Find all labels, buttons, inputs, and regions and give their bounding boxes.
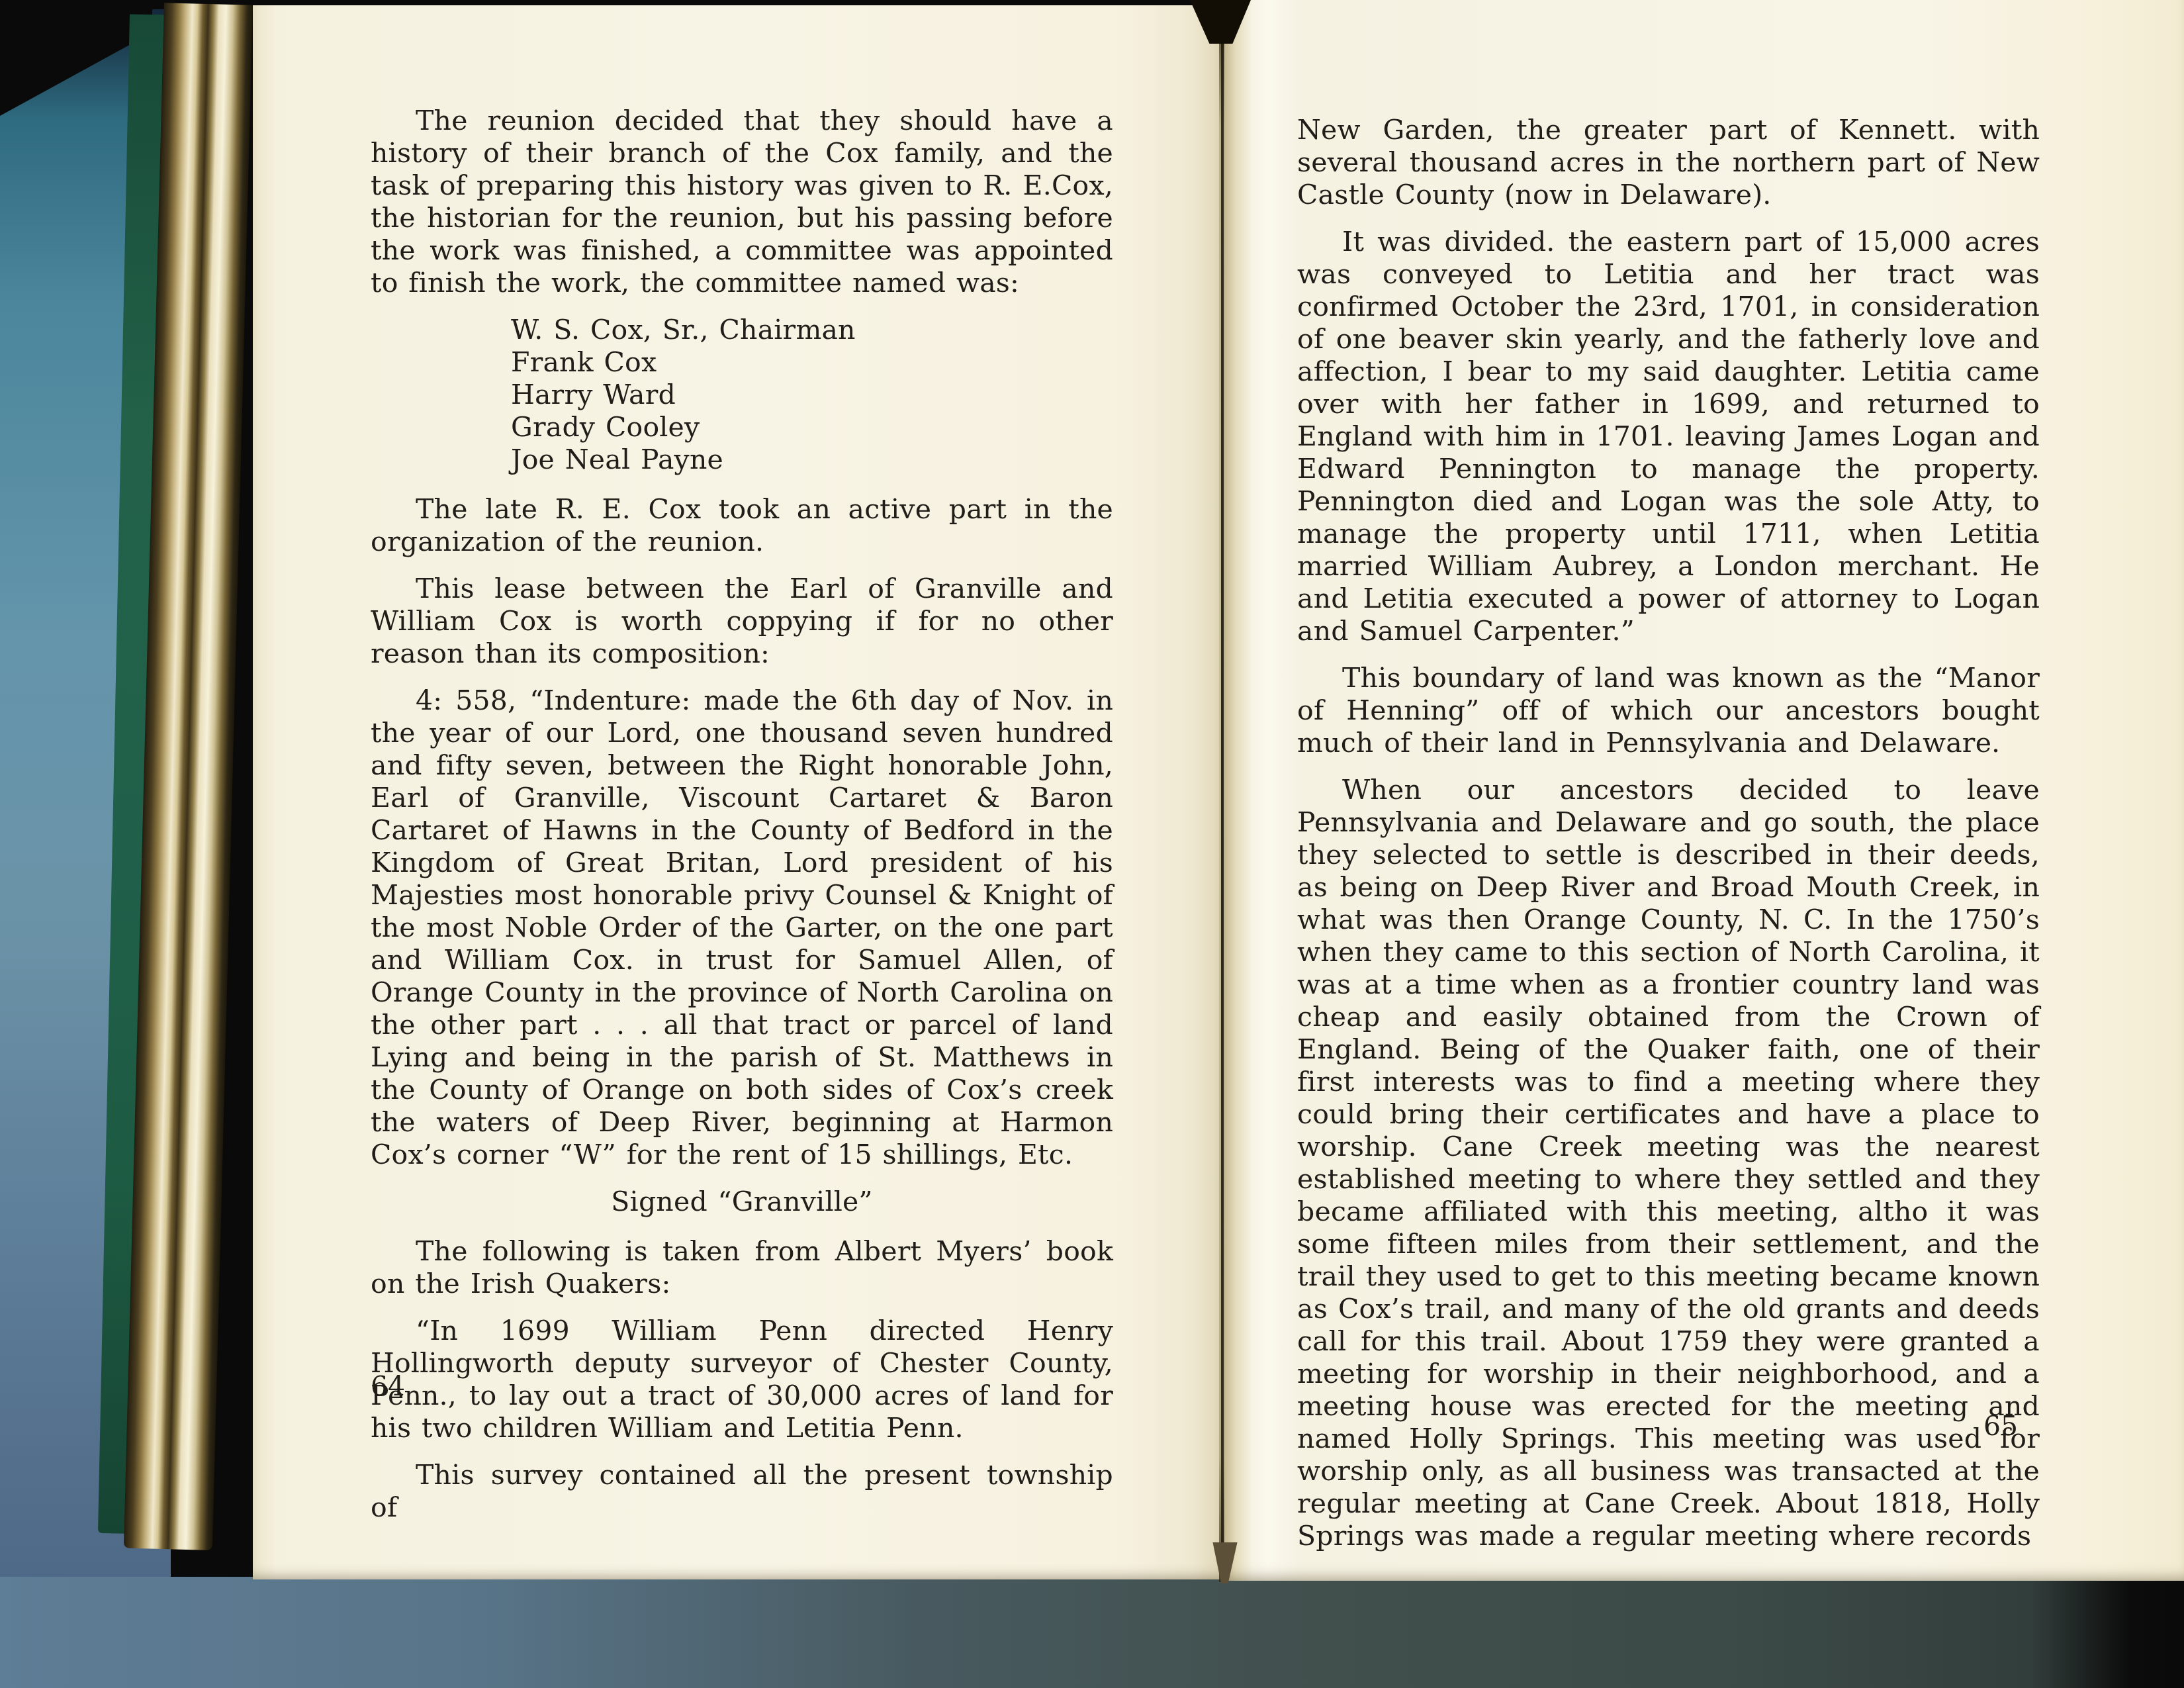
scanned-book-photo: { "photo": { "description": "Open hardco… — [0, 0, 2184, 1688]
right-page-text: New Garden, the greater part of Kennett.… — [1297, 114, 2040, 1567]
gutter-crease-shadow — [1219, 0, 1224, 1582]
page-number-right: 65 — [1983, 1410, 2018, 1442]
paragraph-new-garden: New Garden, the greater part of Kennett.… — [1297, 114, 2040, 211]
backdrop-bottom-shadow — [0, 1577, 2184, 1688]
left-page-text: The reunion decided that they should hav… — [371, 105, 1113, 1538]
committee-member: W. S. Cox, Sr., Chairman — [511, 314, 1113, 346]
paragraph-late-cox: The late R. E. Cox took an active part i… — [371, 493, 1113, 558]
paragraph-penn: “In 1699 William Penn directed Henry Hol… — [371, 1315, 1113, 1444]
paragraph-divided: It was divided. the eastern part of 15,0… — [1297, 226, 2040, 647]
right-page: New Garden, the greater part of Kennett.… — [1224, 0, 2184, 1581]
committee-list: W. S. Cox, Sr., Chairman Frank Cox Harry… — [371, 314, 1113, 476]
committee-member: Harry Ward — [511, 379, 1113, 411]
committee-member: Grady Cooley — [511, 411, 1113, 444]
left-page: The reunion decided that they should hav… — [253, 5, 1221, 1579]
paragraph-lease: This lease between the Earl of Granville… — [371, 573, 1113, 670]
signed-granville-line: Signed “Granville” — [371, 1186, 1113, 1218]
paragraph-ancestors: When our ancestors decided to leave Penn… — [1297, 774, 2040, 1552]
page-number-left: 64 — [371, 1370, 405, 1402]
paragraph-survey: This survey contained all the present to… — [371, 1459, 1113, 1524]
paragraph-boundary: This boundary of land was known as the “… — [1297, 662, 2040, 759]
committee-member: Joe Neal Payne — [511, 444, 1113, 476]
paragraph-following: The following is taken from Albert Myers… — [371, 1235, 1113, 1300]
paragraph-indenture: 4: 558, “Indenture: made the 6th day of … — [371, 684, 1113, 1171]
paragraph-reunion: The reunion decided that they should hav… — [371, 105, 1113, 299]
committee-member: Frank Cox — [511, 346, 1113, 379]
